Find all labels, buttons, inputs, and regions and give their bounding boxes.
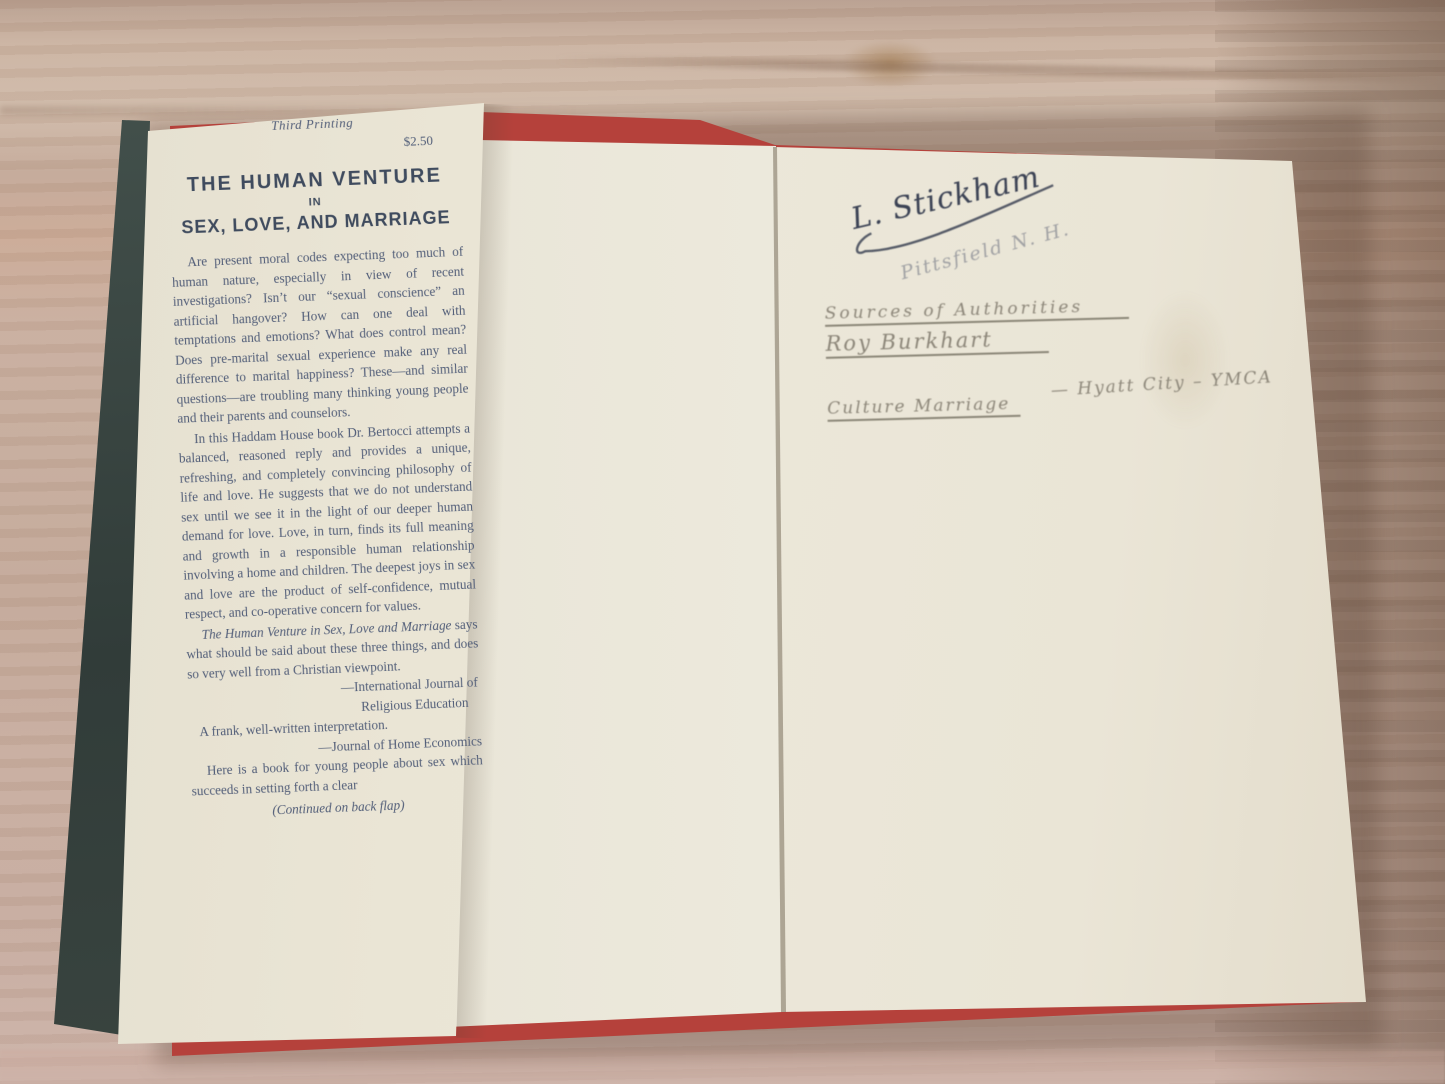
flap-printed-text: Third Printing $2.50 THE HUMAN VENTURE I…: [166, 111, 485, 823]
pencil-line-2: Roy Burkhart: [825, 320, 1272, 359]
pencil-inscriptions: Sources of Authorities Roy Burkhart Cult…: [825, 292, 1275, 422]
pencil-line-2-text: Roy Burkhart: [825, 326, 1049, 359]
flap-paragraph-1: Are present moral codes expecting too mu…: [171, 242, 470, 429]
flap-blurb: Are present moral codes expecting too mu…: [171, 242, 485, 823]
flap-paragraph-2: In this Haddam House book Dr. Bertocci a…: [178, 418, 477, 624]
book-photo: Third Printing $2.50 THE HUMAN VENTURE I…: [0, 0, 1445, 1084]
book-title: THE HUMAN VENTURE IN SEX, LOVE, AND MARR…: [168, 164, 462, 239]
pencil-line-3-rest: — Hyatt City – YMCA: [1051, 367, 1274, 401]
